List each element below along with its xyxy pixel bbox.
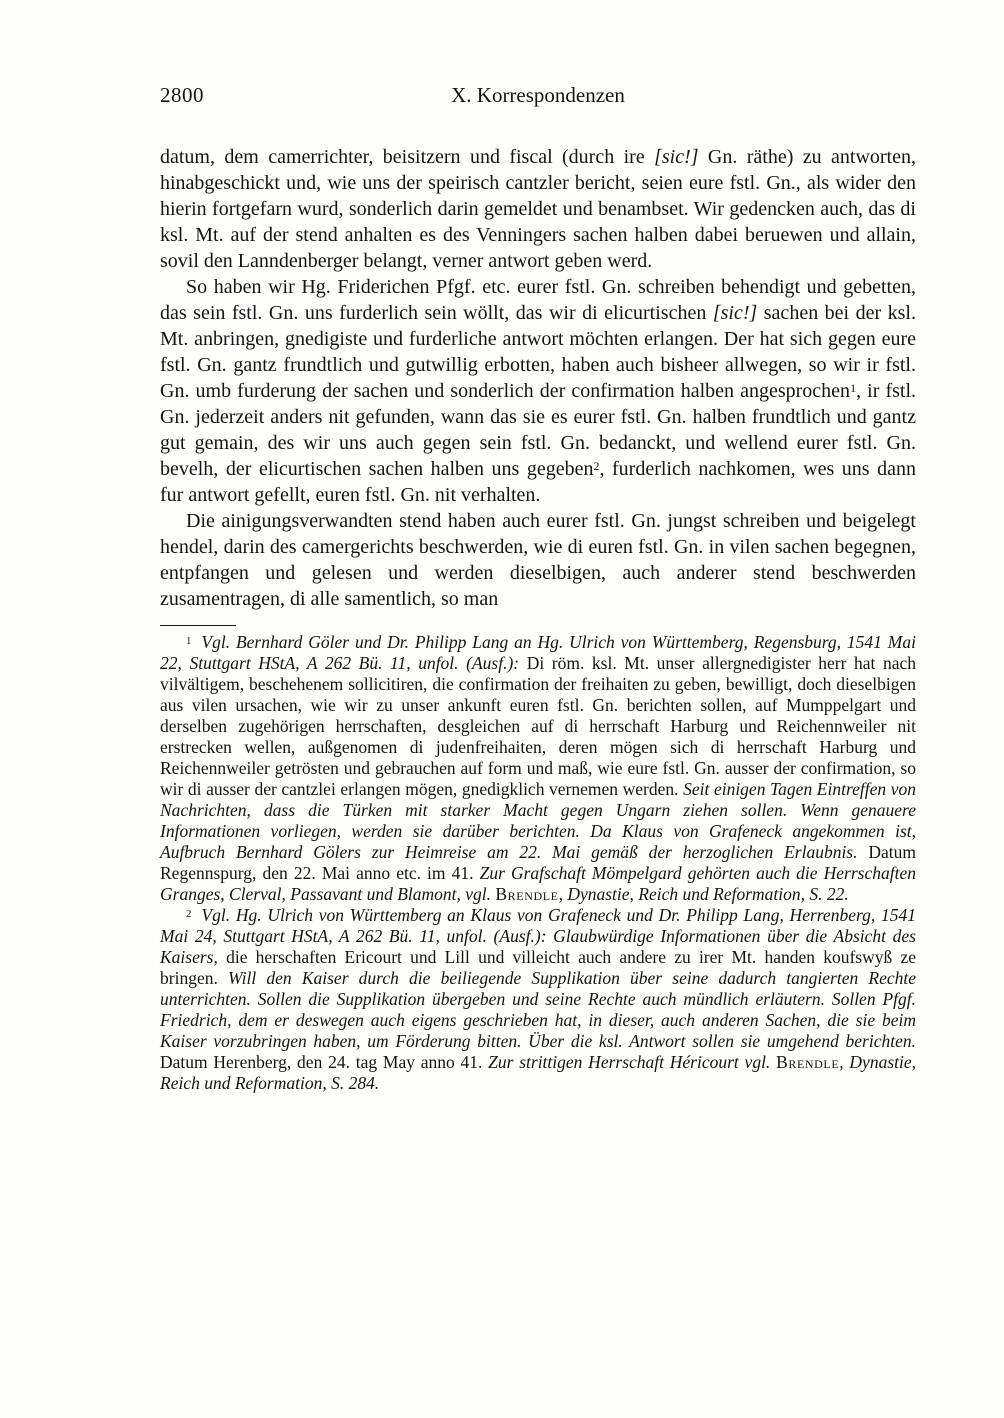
paragraph-3: Die ainigungsverwandten stend haben auch… [160, 508, 916, 612]
paragraph-2: So haben wir Hg. Friderichen Pfgf. etc. … [160, 274, 916, 508]
editorial-note: Zur strittigen Herrschaft Héricourt vgl. [488, 1052, 776, 1072]
author-name-smallcaps: Brendle [495, 884, 558, 904]
text-segment: datum, dem camerrichter, beisitzern und … [160, 146, 654, 168]
sic-note: [sic!] [654, 146, 698, 168]
footnote-section: 1Vgl. Bernhard Göler und Dr. Philipp Lan… [160, 625, 916, 1094]
footnote-1: 1Vgl. Bernhard Göler und Dr. Philipp Lan… [160, 632, 916, 905]
text-segment: Die ainigungsverwandten stend haben auch… [160, 510, 916, 610]
text-block: 2800 X. Korrespondenzen datum, dem camer… [160, 82, 916, 1094]
work-title: , Dynastie, Reich und Reformation, S. 22… [559, 884, 849, 904]
main-text: datum, dem camerrichter, beisitzern und … [160, 144, 916, 612]
running-title: X. Korrespondenzen [160, 82, 916, 108]
sic-note: [sic!] [713, 302, 757, 324]
editorial-summary: Will den Kaiser durch die beiliegende Su… [160, 968, 916, 1051]
footnote-separator [160, 625, 236, 626]
footnote-ref-1: 1 [850, 381, 856, 395]
paragraph-1: datum, dem camerrichter, beisitzern und … [160, 144, 916, 274]
quoted-text: Datum Herenberg, den 24. tag May anno 41… [160, 1052, 488, 1072]
page-header: 2800 X. Korrespondenzen [160, 82, 916, 108]
footnote-marker-2: 2 [186, 908, 191, 920]
quoted-text: Di röm. ksl. Mt. unser allergnedigister … [160, 653, 916, 799]
footnote-ref-2: 2 [593, 459, 599, 473]
book-page: 2800 X. Korrespondenzen datum, dem camer… [0, 0, 1004, 1418]
author-name-smallcaps: Brendle [776, 1052, 839, 1072]
footnote-2: 2Vgl. Hg. Ulrich von Württemberg an Klau… [160, 905, 916, 1094]
footnote-marker-1: 1 [186, 635, 191, 647]
